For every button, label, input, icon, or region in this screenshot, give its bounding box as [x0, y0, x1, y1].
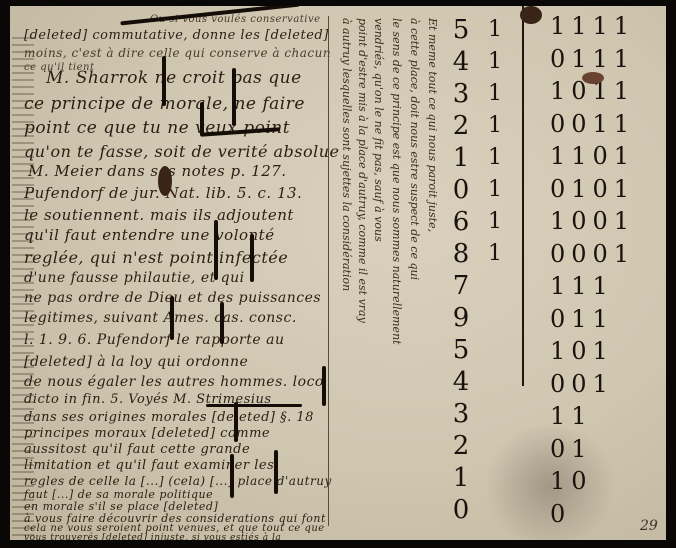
text-line: d'une fausse philautie, et qui — [24, 270, 245, 286]
text-line: [deleted] commutative, donne les [delete… — [24, 28, 329, 43]
ink-stroke — [232, 68, 236, 126]
strikethrough-stroke — [206, 404, 302, 407]
digit-column: 5 4 3 2 1 0 6 8 7 9 5 4 3 2 1 0 — [446, 14, 476, 526]
digit: 5 — [453, 14, 470, 46]
digit: 0 — [453, 174, 470, 206]
digit: 4 — [453, 366, 470, 398]
digit: 1 — [488, 174, 502, 206]
digit: 1 — [488, 46, 502, 78]
text-line: qu'il faut entendre une volonté — [24, 226, 275, 244]
vertical-text-column: point d'estre mis à la place d'autruy, c… — [356, 18, 369, 488]
text-line: aussitost qu'il faut cette grande — [24, 442, 250, 457]
text-line: reglée, qui n'est point infectée — [24, 248, 288, 267]
ink-stroke — [234, 402, 238, 442]
digit: 1 — [453, 142, 470, 174]
vertical-text-column: à cette place, doit nous estre suspect d… — [408, 18, 421, 488]
ink-blot — [582, 72, 604, 84]
text-line: qu'on te fasse, soit de verité absolue — [24, 142, 340, 161]
binary-row: 011 — [550, 303, 635, 336]
binary-row: 10 — [550, 465, 635, 498]
digit: 1 — [488, 14, 502, 46]
scan-border-right — [666, 0, 676, 548]
binary-row: 001 — [550, 368, 635, 401]
binary-row: 0 — [550, 498, 635, 531]
binary-row: 0011 — [550, 108, 635, 141]
text-line: [deleted] à la loy qui ordonne — [24, 354, 248, 370]
ink-blot — [158, 166, 172, 196]
digit: 8 — [453, 238, 470, 270]
ink-blot — [520, 6, 542, 24]
binary-row: 11 — [550, 400, 635, 433]
text-line: moins, c'est à dire celle qui conserve à… — [24, 46, 331, 60]
digit: 1 — [488, 110, 502, 142]
binary-table: 1111 0111 1011 0011 1101 0101 1001 0001 … — [550, 10, 635, 530]
binary-row: 1111 — [550, 10, 635, 43]
ink-stroke — [220, 302, 224, 344]
binary-row: 01 — [550, 433, 635, 466]
ink-stroke — [230, 454, 234, 498]
digit: 1 — [488, 206, 502, 238]
digit: 1 — [488, 78, 502, 110]
page-number: 29 — [640, 518, 658, 534]
text-line: dans ses origines morales [deleted] §. 1… — [24, 410, 314, 425]
text-line: legitimes, suivant Ames. cas. consc. — [24, 310, 297, 326]
digit: 6 — [453, 206, 470, 238]
ruled-line — [328, 16, 329, 526]
ink-stroke — [200, 102, 204, 136]
digit: 3 — [453, 78, 470, 110]
text-line: de nous égaler les autres hommes. loco — [24, 374, 324, 390]
text-line: vous trouverés [deleted] injuste, si vou… — [24, 533, 281, 540]
divider-line — [522, 6, 524, 386]
scan-border-bottom — [0, 540, 676, 548]
vertical-text-column: vendriés, qu'on le ne fit pas, sauf à vo… — [372, 18, 385, 488]
ink-stroke — [274, 450, 278, 494]
text-line: regles de celle la [...] (cela) [...] pl… — [24, 474, 332, 488]
digit: 1 — [488, 238, 502, 270]
text-line: le soutiennent. mais ils adjoutent — [24, 206, 294, 224]
binary-row: 111 — [550, 270, 635, 303]
digit: 9 — [453, 302, 470, 334]
scan-border-left — [0, 0, 10, 548]
digit: 1 — [488, 142, 502, 174]
manuscript-page: Ou si vous voulés conservative [deleted]… — [10, 6, 666, 540]
digit: 4 — [453, 46, 470, 78]
binary-row: 1001 — [550, 205, 635, 238]
ones-column: 1 1 1 1 1 1 1 1 — [488, 14, 502, 270]
binary-row: 1101 — [550, 140, 635, 173]
text-line: M. Sharrok ne croit pas que — [46, 68, 302, 88]
digit: 7 — [453, 270, 470, 302]
binary-row: 0101 — [550, 173, 635, 206]
ink-stroke — [322, 366, 326, 406]
digit: 0 — [453, 494, 470, 526]
vertical-text-column: le sens de ce principe est que nous somm… — [390, 18, 403, 488]
digit: 2 — [453, 430, 470, 462]
text-line: point ce que tu ne veux point — [24, 118, 290, 138]
digit: 2 — [453, 110, 470, 142]
digit: 1 — [453, 462, 470, 494]
ink-stroke — [170, 296, 174, 340]
text-line: l. 1. 9. 6. Pufendorf le rapporte au — [24, 332, 284, 348]
vertical-text-column: à autruy lesquelles sont sujettes la con… — [340, 18, 353, 488]
vertical-text-column: Et meme tout ce qui nous paroit juste, — [426, 18, 439, 488]
ink-stroke — [162, 56, 166, 106]
digit: 5 — [453, 334, 470, 366]
digit: 3 — [453, 398, 470, 430]
ink-stroke — [214, 220, 218, 280]
ink-stroke — [250, 234, 254, 282]
binary-row: 101 — [550, 335, 635, 368]
binary-row: 0111 — [550, 43, 635, 76]
binary-row: 0001 — [550, 238, 635, 271]
text-line: limitation et qu'il faut examiner les — [24, 458, 274, 473]
